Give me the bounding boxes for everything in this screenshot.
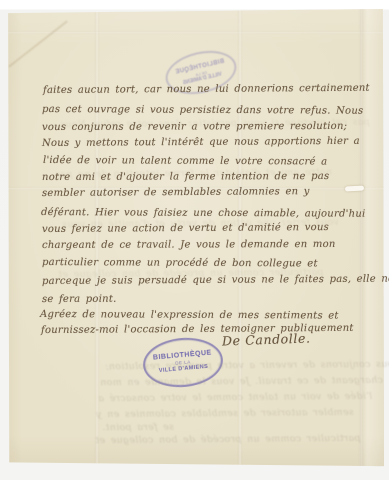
fold-crease-horizontal xyxy=(7,31,384,34)
bleed-through-line: particulier comme un procédé de bon coll… xyxy=(95,433,361,446)
manuscript-line: parceque je suis persuadé que si vous ne… xyxy=(42,274,389,288)
manuscript-line: faites aucun tort, car nous ne lui donne… xyxy=(43,83,370,97)
manuscript-line: vous conjurons de revenir a votre premie… xyxy=(42,121,347,134)
manuscript-line: déférant. Hier vous faisiez une chose ai… xyxy=(41,207,366,221)
manuscript-line: Agréez de nouveau l'expression de mes se… xyxy=(40,309,339,323)
fold-crease-diagonal xyxy=(8,20,68,67)
bleed-through-line: sembler autoriser de semblables calomnie… xyxy=(96,407,354,420)
manuscript-line: Nous y mettons tout l'intérêt que nous a… xyxy=(42,136,360,150)
manuscript-line: particulier comme un procédé de bon coll… xyxy=(42,257,318,270)
manuscript-line: notre ami et d'ajouter la ferme intentio… xyxy=(42,171,329,184)
paper-tear xyxy=(345,186,364,192)
manuscript-line: pas cet ouvrage si vous persistiez dans … xyxy=(42,104,363,118)
scanned-letter-page: pas cet ouvrage si vous persistiez dans … xyxy=(0,0,389,480)
manuscript-line: se fera point. xyxy=(42,294,117,306)
bleed-through-line: se fera point. xyxy=(102,422,174,434)
manuscript-line: vous feriez une action de vertu et d'ami… xyxy=(42,222,329,236)
manuscript-line: sembler autoriser de semblables calomnie… xyxy=(42,186,310,200)
manuscript-line: l'idée de voir un talent comme le votre … xyxy=(43,155,327,168)
manuscript-line: chargeant de ce travail. Je vous le dema… xyxy=(42,239,336,252)
signature: De Candolle. xyxy=(222,330,311,348)
